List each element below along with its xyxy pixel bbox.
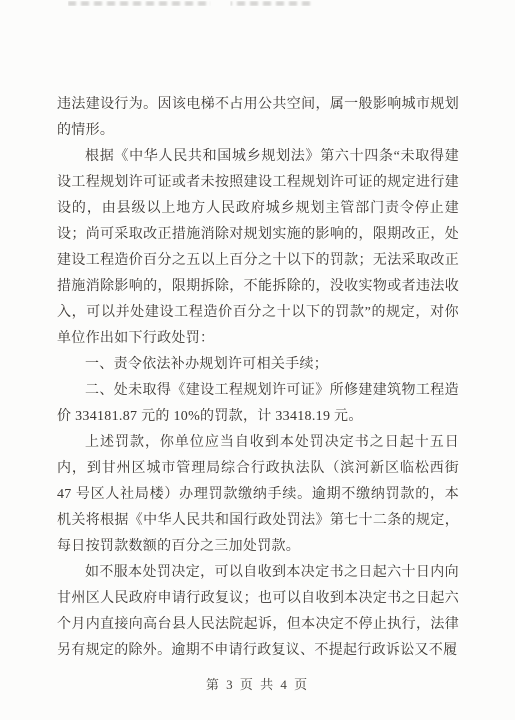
- penalty-item-2: 二、处未取得《建设工程规划许可证》所修建建筑物工程造价 334181.87 元的…: [57, 378, 459, 430]
- scanned-document-page: { "page": { "background": "#fcfcfb", "te…: [0, 0, 515, 720]
- page-number: 第 3 页 共 4 页: [0, 674, 515, 693]
- payment-instructions-paragraph: 上述罚款，你单位应当自收到本处罚决定书之日起十五日内，到甘州区城市管理局综合行政…: [57, 430, 459, 560]
- penalty-item-1: 一、责令依法补办规划许可相关手续；: [57, 352, 459, 378]
- document-text-block: 违法建设行为。因该电梯不占用公共空间，属一般影响城市规划的情形。 根据《中华人民…: [57, 92, 459, 664]
- cutoff-text-artifact: [68, 1, 314, 6]
- document-paragraph: 违法建设行为。因该电梯不占用公共空间，属一般影响城市规划的情形。: [57, 92, 459, 144]
- document-paragraph: 根据《中华人民共和国城乡规划法》第六十四条“未取得建设工程规划许可证或者未按照建…: [57, 144, 459, 352]
- appeal-rights-paragraph: 如不服本处罚决定，可以自收到本决定书之日起六十日内向甘州区人民政府申请行政复议；…: [57, 560, 459, 664]
